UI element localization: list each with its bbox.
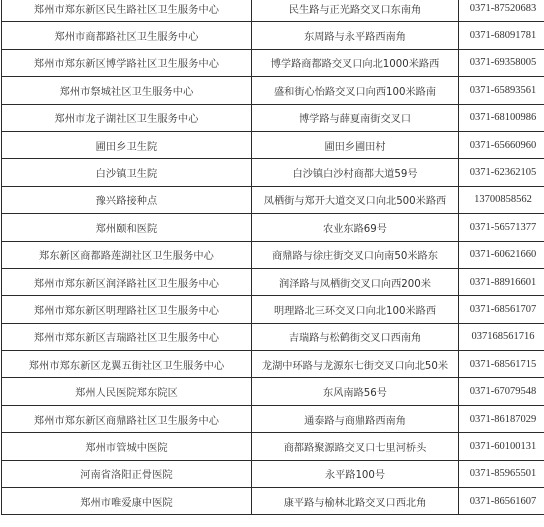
table-row: 郑州市郑东新区吉瑞路社区卫生服务中心 吉瑞路与松鹤街交叉口西南角 0371685… <box>2 323 544 350</box>
table-row: 郑州颐和医院 农业东路69号 0371-56571377 <box>2 214 544 241</box>
table-row: 郑州市祭城社区卫生服务中心 盛和街心怡路交叉口向西100米路南 0371-658… <box>2 77 544 104</box>
table-row: 郑州市郑东新区商鼎路社区卫生服务中心 通泰路与商鼎路西南角 0371-86187… <box>2 405 544 432</box>
site-name-cell: 郑州市商都路社区卫生服务中心 <box>2 22 252 49</box>
table-row: 郑州市管城中医院 商都路聚源路交叉口七里河桥头 0371-60100131 <box>2 433 544 460</box>
table-row: 郑州人民医院郑东院区 东风南路56号 0371-67079548 <box>2 378 544 405</box>
site-address-cell: 圃田乡圃田村 <box>252 131 459 158</box>
site-phone-cell: 0371-67079548 <box>459 378 544 405</box>
site-address-cell: 农业东路69号 <box>252 214 459 241</box>
table-row: 郑州市商都路社区卫生服务中心 东周路与永平路西南角 0371-68091781 <box>2 22 544 49</box>
site-name-cell: 郑州市管城中医院 <box>2 433 252 460</box>
site-address-cell: 博学路商都路交叉口向北1000米路西 <box>252 49 459 76</box>
site-name-cell: 郑州市唯爱康中医院 <box>2 488 252 515</box>
site-phone-cell: 0371-65660960 <box>459 131 544 158</box>
table-row: 郑州市龙子湖社区卫生服务中心 博学路与薛夏南街交叉口 0371-68100986 <box>2 104 544 131</box>
site-name-cell: 郑州市龙子湖社区卫生服务中心 <box>2 104 252 131</box>
table-row: 郑州市郑东新区民生路社区卫生服务中心 民生路与正光路交叉口东南角 0371-87… <box>2 0 544 22</box>
table-row: 河南省洛阳正骨医院 永平路100号 0371-85965501 <box>2 460 544 487</box>
site-address-cell: 东周路与永平路西南角 <box>252 22 459 49</box>
table-row: 郑州市唯爱康中医院 康平路与榆林北路交叉口西北角 0371-86561607 <box>2 488 544 515</box>
site-address-cell: 康平路与榆林北路交叉口西北角 <box>252 488 459 515</box>
site-name-cell: 郑东新区商都路莲湖社区卫生服务中心 <box>2 241 252 268</box>
site-address-cell: 白沙镇白沙村商都大道59号 <box>252 159 459 186</box>
site-phone-cell: 0371-86561607 <box>459 488 544 515</box>
table-row: 圃田乡卫生院 圃田乡圃田村 0371-65660960 <box>2 131 544 158</box>
site-phone-cell: 0371-88916601 <box>459 268 544 295</box>
vaccination-sites-table: 郑州市郑东新区民生路社区卫生服务中心 民生路与正光路交叉口东南角 0371-87… <box>1 0 544 515</box>
site-phone-cell: 0371-60100131 <box>459 433 544 460</box>
site-name-cell: 白沙镇卫生院 <box>2 159 252 186</box>
site-address-cell: 润泽路与凤栖街交叉口向西200米 <box>252 268 459 295</box>
site-name-cell: 郑州市郑东新区吉瑞路社区卫生服务中心 <box>2 323 252 350</box>
site-phone-cell: 13700858562 <box>459 186 544 213</box>
site-address-cell: 商都路聚源路交叉口七里河桥头 <box>252 433 459 460</box>
site-name-cell: 郑州市郑东新区博学路社区卫生服务中心 <box>2 49 252 76</box>
site-name-cell: 郑州市郑东新区龙翼五街社区卫生服务中心 <box>2 351 252 378</box>
site-name-cell: 豫兴路接种点 <box>2 186 252 213</box>
site-address-cell: 盛和街心怡路交叉口向西100米路南 <box>252 77 459 104</box>
site-name-cell: 郑州市郑东新区明理路社区卫生服务中心 <box>2 296 252 323</box>
site-phone-cell: 0371-68100986 <box>459 104 544 131</box>
site-name-cell: 郑州颐和医院 <box>2 214 252 241</box>
site-phone-cell: 0371-85965501 <box>459 460 544 487</box>
vaccination-sites-document: 郑州市郑东新区民生路社区卫生服务中心 民生路与正光路交叉口东南角 0371-87… <box>0 0 544 515</box>
site-phone-cell: 0371-87520683 <box>459 0 544 22</box>
site-address-cell: 商鼎路与徐庄街交叉口向南50米路东 <box>252 241 459 268</box>
site-address-cell: 龙湖中环路与龙源东七街交叉口向北50米 <box>252 351 459 378</box>
site-phone-cell: 0371-68561715 <box>459 351 544 378</box>
site-name-cell: 郑州人民医院郑东院区 <box>2 378 252 405</box>
site-address-cell: 通泰路与商鼎路西南角 <box>252 405 459 432</box>
table-row: 郑州市郑东新区润泽路社区卫生服务中心 润泽路与凤栖街交叉口向西200米 0371… <box>2 268 544 295</box>
site-address-cell: 凤栖街与郑开大道交叉口向北500米路西 <box>252 186 459 213</box>
site-name-cell: 河南省洛阳正骨医院 <box>2 460 252 487</box>
site-address-cell: 吉瑞路与松鹤街交叉口西南角 <box>252 323 459 350</box>
site-phone-cell: 0371-60621660 <box>459 241 544 268</box>
site-phone-cell: 0371-68561707 <box>459 296 544 323</box>
site-address-cell: 博学路与薛夏南街交叉口 <box>252 104 459 131</box>
table-body: 郑州市郑东新区民生路社区卫生服务中心 民生路与正光路交叉口东南角 0371-87… <box>2 0 544 515</box>
site-name-cell: 郑州市祭城社区卫生服务中心 <box>2 77 252 104</box>
site-phone-cell: 0371-62362105 <box>459 159 544 186</box>
table-row: 郑州市郑东新区明理路社区卫生服务中心 明理路北三环交叉口向北100米路西 037… <box>2 296 544 323</box>
site-phone-cell: 0371-69358005 <box>459 49 544 76</box>
site-address-cell: 明理路北三环交叉口向北100米路西 <box>252 296 459 323</box>
site-name-cell: 圃田乡卫生院 <box>2 131 252 158</box>
site-name-cell: 郑州市郑东新区民生路社区卫生服务中心 <box>2 0 252 22</box>
site-address-cell: 东风南路56号 <box>252 378 459 405</box>
site-name-cell: 郑州市郑东新区商鼎路社区卫生服务中心 <box>2 405 252 432</box>
table-row: 郑州市郑东新区龙翼五街社区卫生服务中心 龙湖中环路与龙源东七街交叉口向北50米 … <box>2 351 544 378</box>
site-address-cell: 永平路100号 <box>252 460 459 487</box>
table-row: 郑州市郑东新区博学路社区卫生服务中心 博学路商都路交叉口向北1000米路西 03… <box>2 49 544 76</box>
table-row: 郑东新区商都路莲湖社区卫生服务中心 商鼎路与徐庄街交叉口向南50米路东 0371… <box>2 241 544 268</box>
table-row: 白沙镇卫生院 白沙镇白沙村商都大道59号 0371-62362105 <box>2 159 544 186</box>
site-phone-cell: 0371-86187029 <box>459 405 544 432</box>
site-phone-cell: 037168561716 <box>459 323 544 350</box>
site-name-cell: 郑州市郑东新区润泽路社区卫生服务中心 <box>2 268 252 295</box>
site-phone-cell: 0371-68091781 <box>459 22 544 49</box>
site-phone-cell: 0371-56571377 <box>459 214 544 241</box>
table-row: 豫兴路接种点 凤栖街与郑开大道交叉口向北500米路西 13700858562 <box>2 186 544 213</box>
site-phone-cell: 0371-65893561 <box>459 77 544 104</box>
site-address-cell: 民生路与正光路交叉口东南角 <box>252 0 459 22</box>
